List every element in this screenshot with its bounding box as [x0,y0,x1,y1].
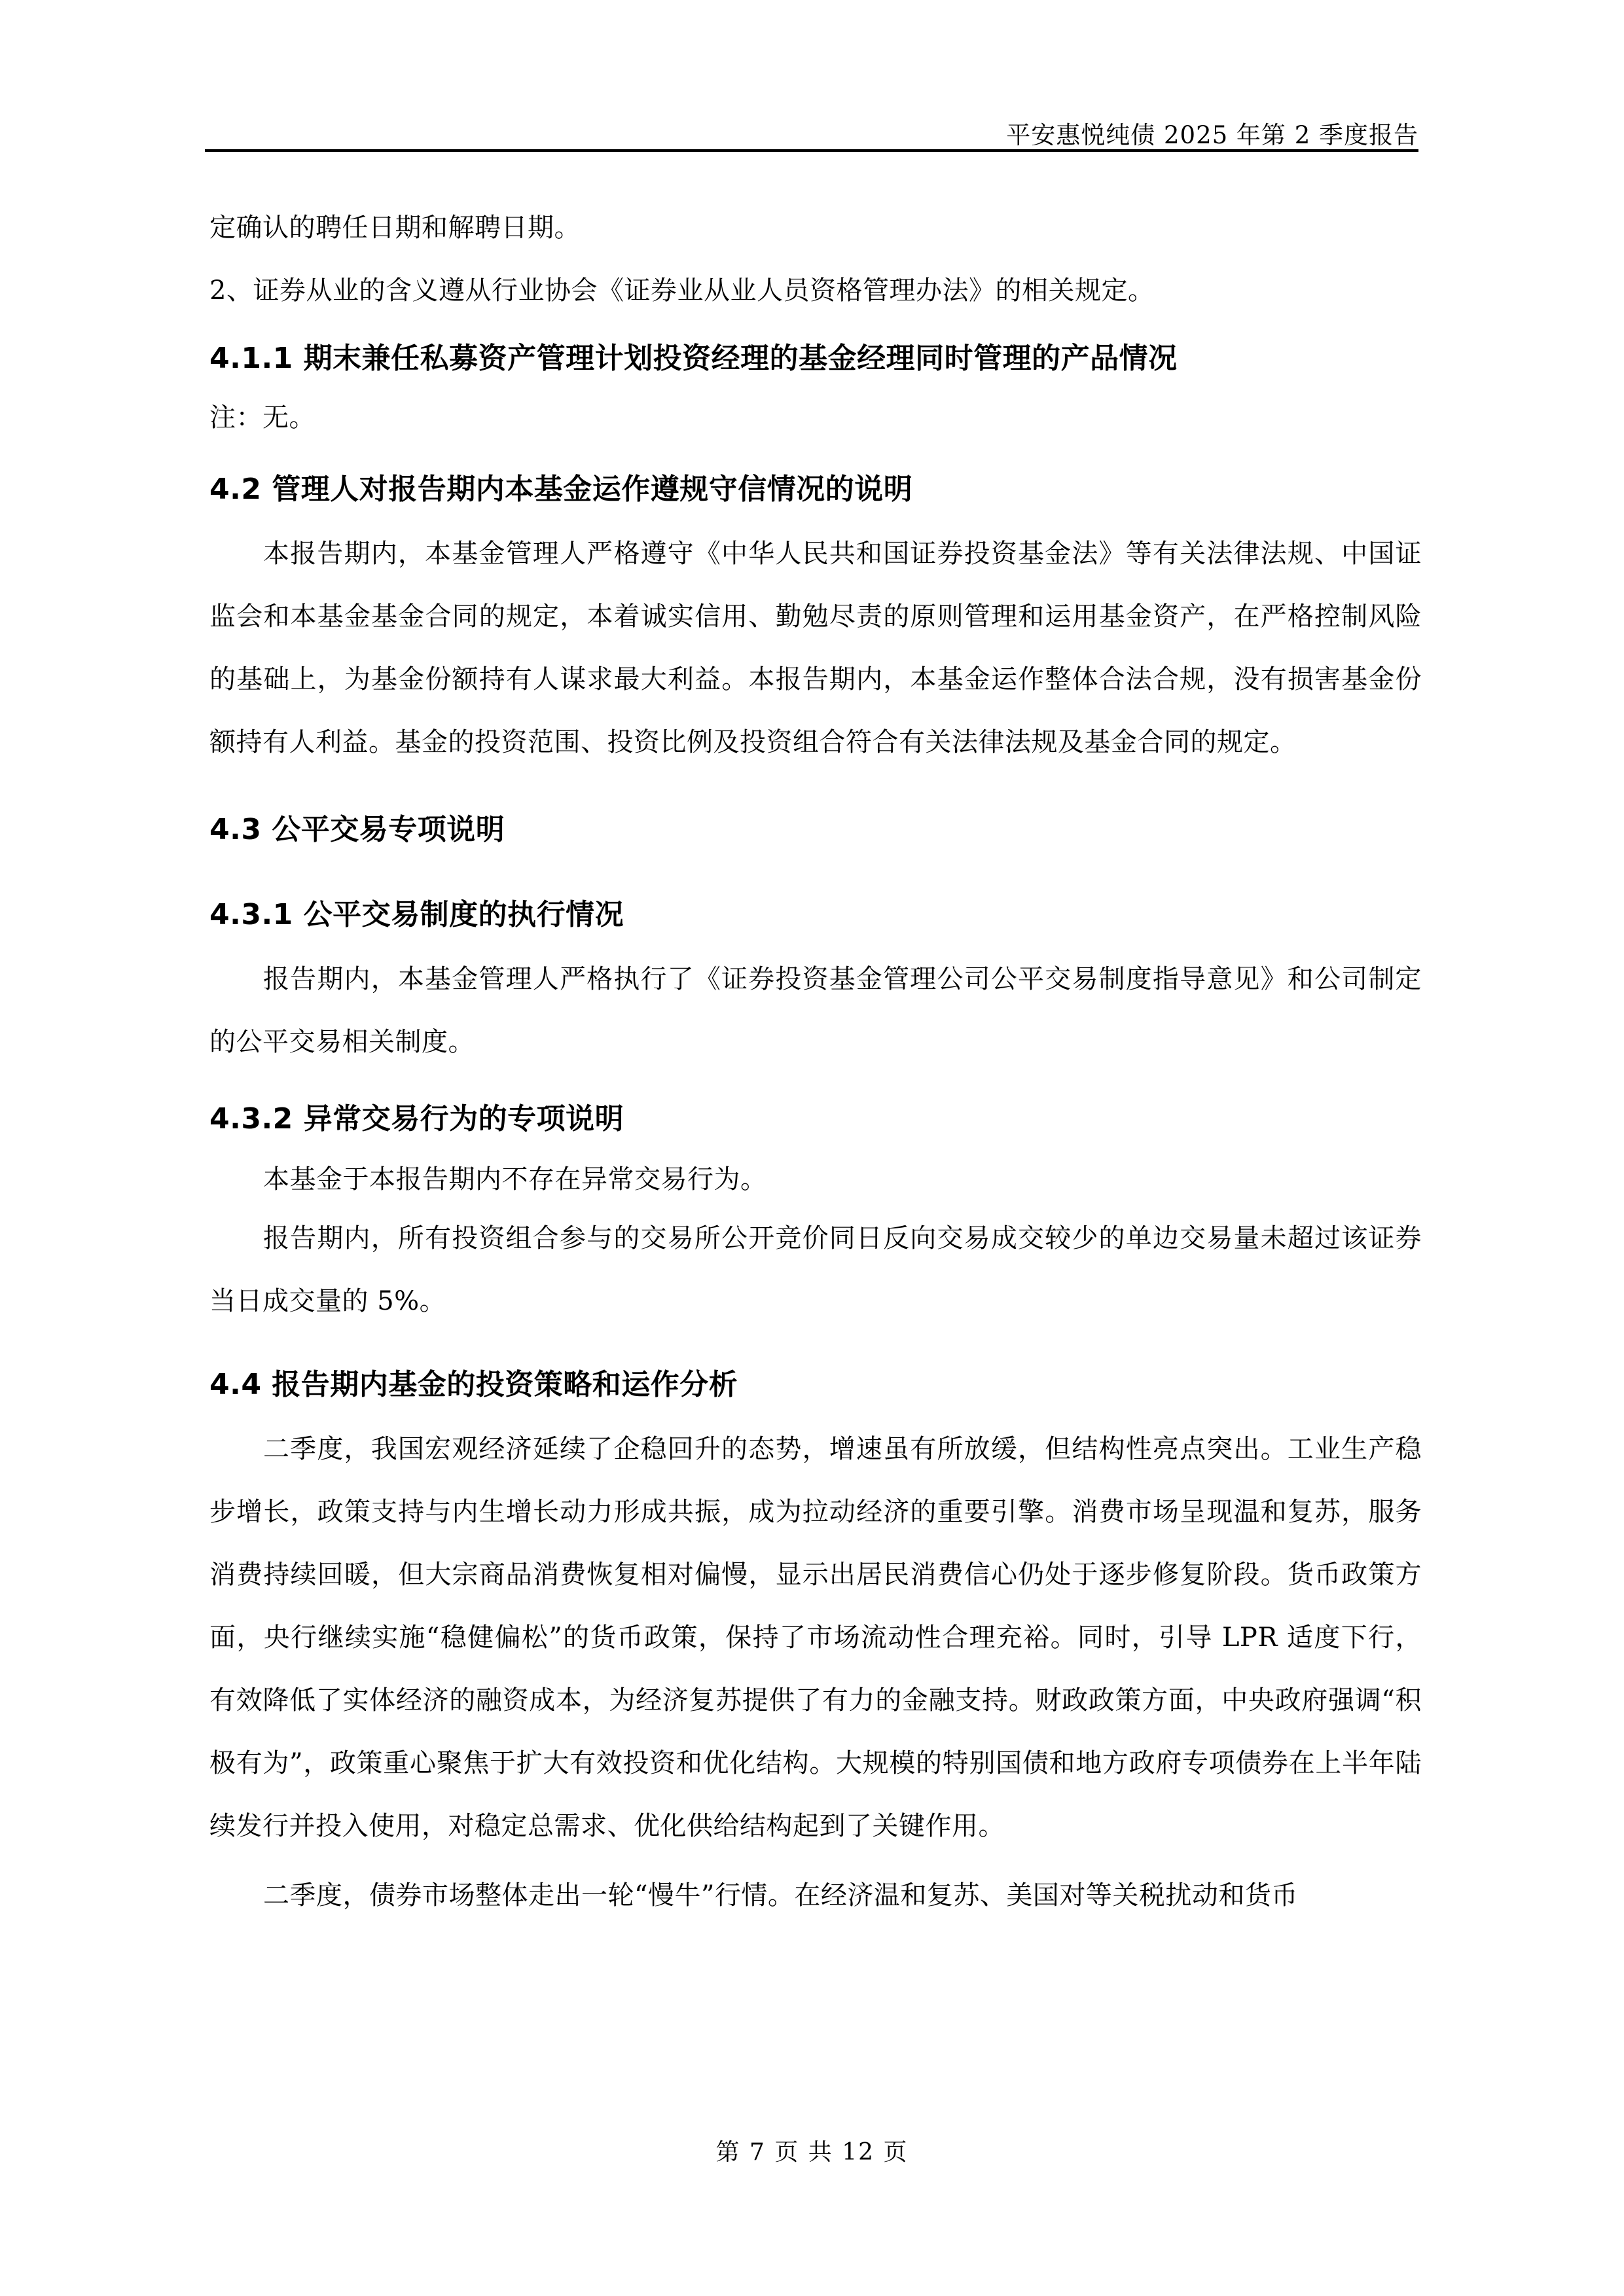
heading-4-3-2: 4.3.2 异常交易行为的专项说明 [209,1086,1422,1152]
paragraph-macro-analysis: 二季度，我国宏观经济延续了企稳回升的态势，增速虽有所放缓，但结构性亮点突出。工业… [209,1418,1422,1857]
heading-4-3-1: 4.3.1 公平交易制度的执行情况 [209,882,1422,948]
header-divider [205,149,1418,152]
paragraph-note-2: 2、证券从业的含义遵从行业协会《证券业从业人员资格管理办法》的相关规定。 [209,259,1422,322]
paragraph-volume-limit: 报告期内，所有投资组合参与的交易所公开竞价同日反向交易成交较少的单边交易量未超过… [209,1207,1422,1333]
running-header-title: 平安惠悦纯债 2025 年第 2 季度报告 [1006,115,1418,151]
paragraph-no-abnormal: 本基金于本报告期内不存在异常交易行为。 [209,1152,1422,1207]
paragraph-compliance: 本报告期内，本基金管理人严格遵守《中华人民共和国证券投资基金法》等有关法律法规、… [209,522,1422,774]
paragraph-note-none: 注：无。 [209,391,1422,444]
page-body: 定确认的聘任日期和解聘日期。 2、证券从业的含义遵从行业协会《证券业从业人员资格… [209,196,1422,1927]
paragraph-continuation: 定确认的聘任日期和解聘日期。 [209,196,1422,259]
heading-4-1-1: 4.1.1 期末兼任私募资产管理计划投资经理的基金经理同时管理的产品情况 [209,326,1422,391]
heading-4-4: 4.4 报告期内基金的投资策略和运作分析 [209,1352,1422,1418]
heading-4-3: 4.3 公平交易专项说明 [209,797,1422,863]
page-number: 第 7 页 共 12 页 [0,2134,1624,2167]
paragraph-fair-trading: 报告期内，本基金管理人严格执行了《证券投资基金管理公司公平交易制度指导意见》和公… [209,948,1422,1073]
heading-4-2: 4.2 管理人对报告期内本基金运作遵规守信情况的说明 [209,457,1422,522]
paragraph-bond-market: 二季度，债券市场整体走出一轮“慢牛”行情。在经济温和复苏、美国对等关税扰动和货币 [209,1864,1422,1927]
